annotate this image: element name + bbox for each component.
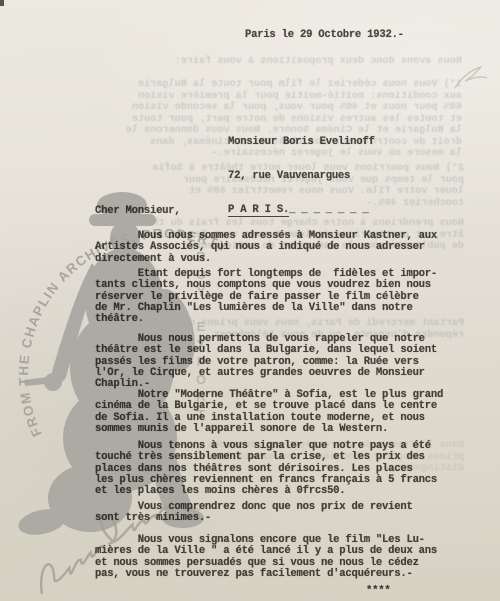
scan-corner-artifact [0, 0, 4, 6]
paragraph: Vous comprendrez donc que nos prix de re… [95, 502, 413, 525]
recipient-address: Monsieur Boris Evelinoff 72, rue Vauvena… [228, 114, 375, 239]
recipient-street: 72, rue Vauvenargues [228, 171, 375, 182]
city-trailing-dashes: _ _ _ _ _ _ _ [289, 204, 368, 216]
recipient-name: Monsieur Boris Evelinoff [228, 137, 375, 148]
pencil-mark [455, 67, 487, 88]
paragraph: Nous nous sommes adressés à Monsieur Kas… [95, 231, 437, 265]
scanned-letter-page: Nous avons donc deux propositions à vous… [0, 0, 500, 601]
dateline: Paris le 29 Octobre 1932.- [245, 30, 404, 41]
paragraph: Notre "Moderne Théâtre" à Sofia, est le … [95, 390, 443, 435]
paragraph: Etant depuis fort longtemps de fidèles e… [95, 269, 437, 326]
paragraph: Nous vous signalons encore que le film "… [95, 535, 437, 580]
paragraph: Nous tenons à vous signaler que notre pa… [95, 441, 437, 498]
paragraph: Nous nous permettons de vous rappeler qu… [95, 334, 437, 391]
closing-mark: **** [366, 586, 390, 597]
recipient-city: P A R I S._ _ _ _ _ _ _ [228, 205, 375, 216]
salutation: Cher Monsieur, [95, 206, 181, 217]
